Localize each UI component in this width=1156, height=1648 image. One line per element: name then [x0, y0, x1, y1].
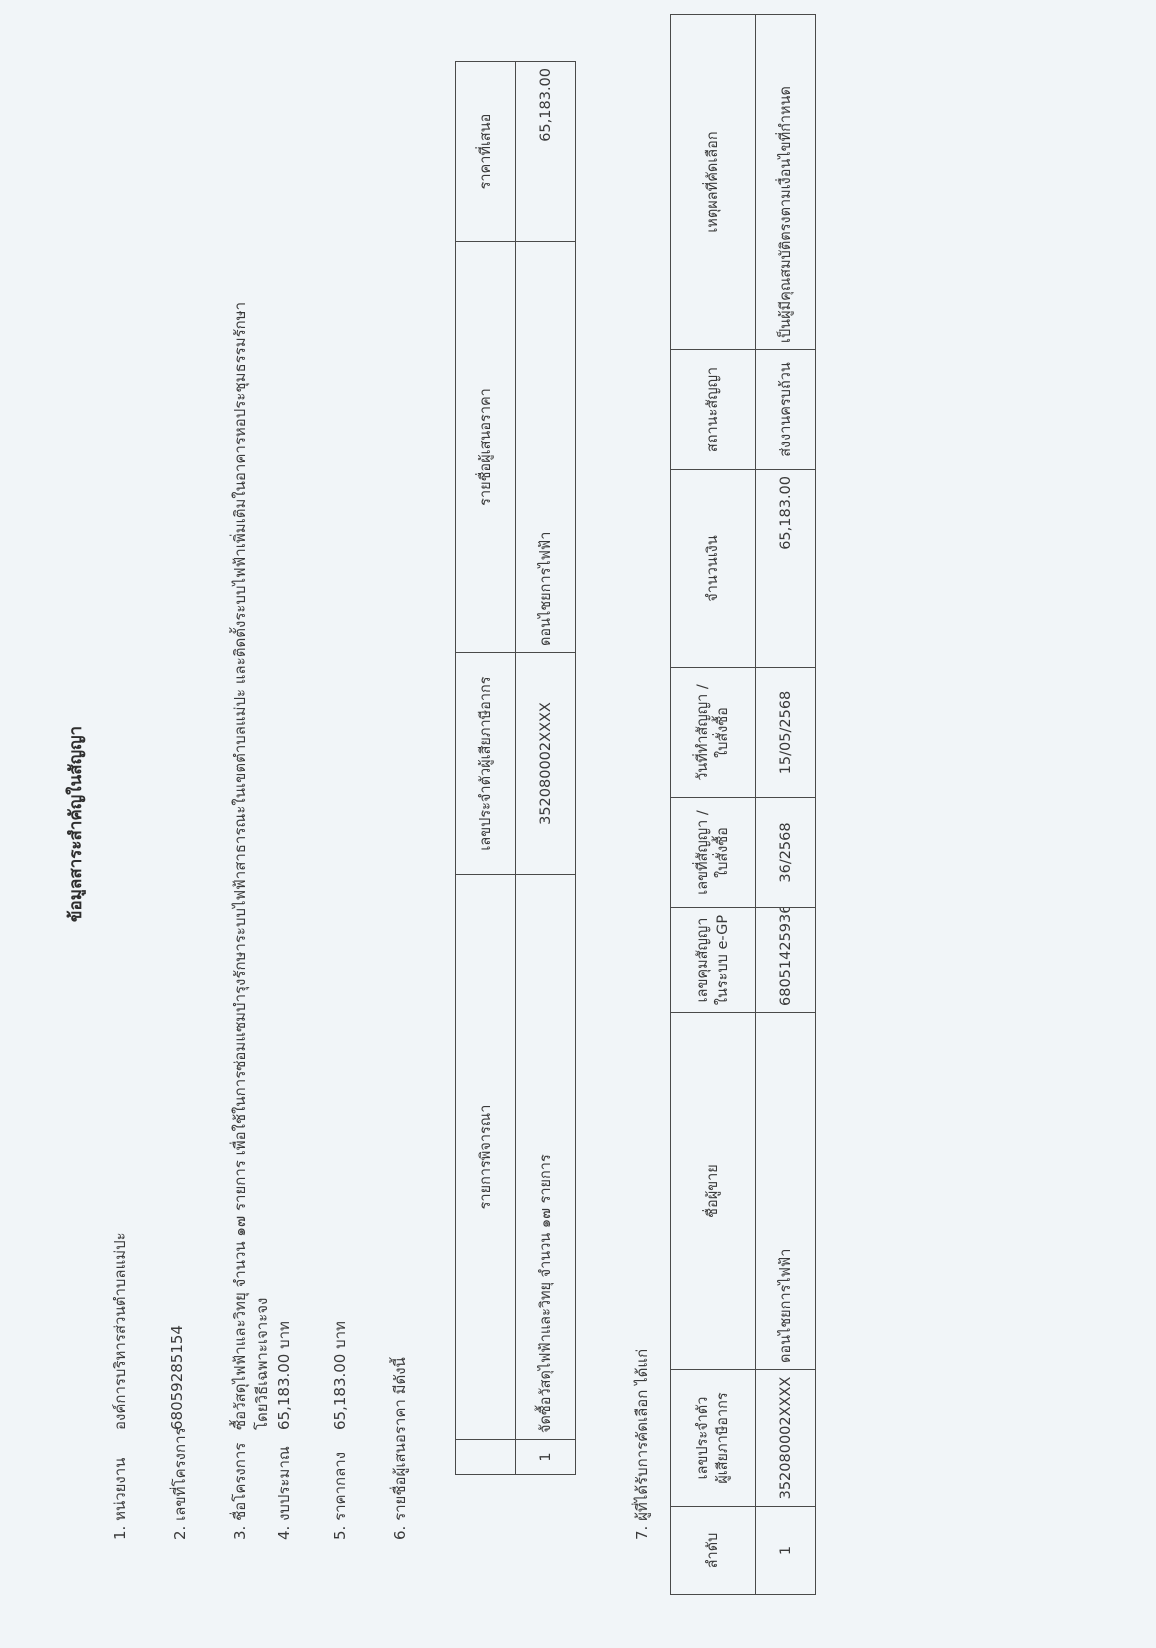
cell-price: 65,183.00 — [516, 62, 576, 242]
col-header-contract-no: เลขที่สัญญา / ใบสั่งซื้อ — [671, 798, 756, 908]
col-header-contract-date: วันที่ทำสัญญา / ใบสั่งซื้อ — [671, 668, 756, 798]
bidders-header-row: รายการพิจารณา เลขประจำตัวผู้เสียภาษีอากร… — [456, 62, 516, 1475]
col-header-order: ลำดับ — [671, 1507, 756, 1595]
selected-header-row: ลำดับ เลขประจำตัว ผู้เสียภาษีอากร ชื่อผู… — [671, 15, 756, 1595]
table-row: 1 352080002XXXX ดอนไชยการไฟฟ้า 680514259… — [756, 15, 816, 1595]
cell-seller: ดอนไชยการไฟฟ้า — [756, 1013, 816, 1370]
bidders-table: รายการพิจารณา เลขประจำตัวผู้เสียภาษีอากร… — [455, 61, 576, 1475]
page-title: ข้อมูลสาระสำคัญในสัญญา — [62, 0, 89, 1648]
col-header-reason: เหตุผลที่คัดเลือก — [671, 15, 756, 350]
section7-label: 7. ผู้ที่ได้รับการคัดเลือก ได้แก่ — [630, 1349, 654, 1540]
cell-tax-id: 352080002XXXX — [756, 1370, 816, 1507]
col-header-seller: ชื่อผู้ขาย — [671, 1013, 756, 1370]
cell-tax-id: 352080002XXXX — [516, 653, 576, 875]
cell-item: จัดซื้อวัสดุไฟฟ้าและวิทยุ จำนวน ๑๗ รายกา… — [516, 875, 576, 1440]
item-method-value: โดยวิธีเฉพาะเจาะจง — [250, 1298, 274, 1430]
table-row: 1 จัดซื้อวัสดุไฟฟ้าและวิทยุ จำนวน ๑๗ ราย… — [516, 62, 576, 1475]
cell-egp-no: 680514259369 — [756, 908, 816, 1013]
col-header-price: ราคาที่เสนอ — [456, 62, 516, 242]
item-median-price-value: 65,183.00 บาท — [328, 1321, 352, 1430]
cell-reason: เป็นผู้มีคุณสมบัติตรงตามเงื่อนไขที่กำหนด — [756, 15, 816, 350]
col-header-amount: จำนวนเงิน — [671, 470, 756, 668]
item-bidders-label: 6. รายชื่อผู้เสนอราคา มีดังนี้ — [388, 1357, 412, 1540]
col-header-status: สถานะสัญญา — [671, 350, 756, 470]
item-agency-label: 1. หน่วยงาน — [108, 1458, 132, 1540]
col-header-bidder: รายชื่อผู้เสนอราคา — [456, 242, 516, 653]
cell-contract-no: 36/2568 — [756, 798, 816, 908]
item-project-name-value: ซื้อวัสดุไฟฟ้าและวิทยุ จำนวน ๑๗ รายการ เ… — [228, 302, 252, 1430]
col-header-tax-id: เลขประจำตัวผู้เสียภาษีอากร — [456, 653, 516, 875]
item-median-price-label: 5. ราคากลาง — [328, 1452, 352, 1540]
item-budget-value: 65,183.00 บาท — [272, 1321, 296, 1430]
col-header-tax-id: เลขประจำตัว ผู้เสียภาษีอากร — [671, 1370, 756, 1507]
item-agency-value: องค์การบริหารส่วนตำบลแม่ปะ — [108, 1232, 132, 1430]
item-project-name-label: 3. ชื่อโครงการ — [228, 1443, 252, 1540]
col-header-no — [456, 1440, 516, 1475]
cell-contract-date: 15/05/2568 — [756, 668, 816, 798]
selected-table: ลำดับ เลขประจำตัว ผู้เสียภาษีอากร ชื่อผู… — [670, 14, 816, 1595]
item-project-no-label: 2. เลขที่โครงการ — [168, 1427, 192, 1540]
cell-no: 1 — [516, 1440, 576, 1475]
cell-bidder: ดอนไชยการไฟฟ้า — [516, 242, 576, 653]
cell-status: ส่งงานครบถ้วน — [756, 350, 816, 470]
document-page: ข้อมูลสาระสำคัญในสัญญา 1. หน่วยงาน องค์ก… — [0, 0, 1156, 1648]
cell-amount: 65,183.00 — [756, 470, 816, 668]
item-budget-label: 4. งบประมาณ — [272, 1446, 296, 1540]
col-header-item: รายการพิจารณา — [456, 875, 516, 1440]
item-project-no-value: 68059285154 — [168, 1325, 186, 1430]
col-header-egp-no: เลขคุมสัญญา ในระบบ e-GP — [671, 908, 756, 1013]
cell-order: 1 — [756, 1507, 816, 1595]
